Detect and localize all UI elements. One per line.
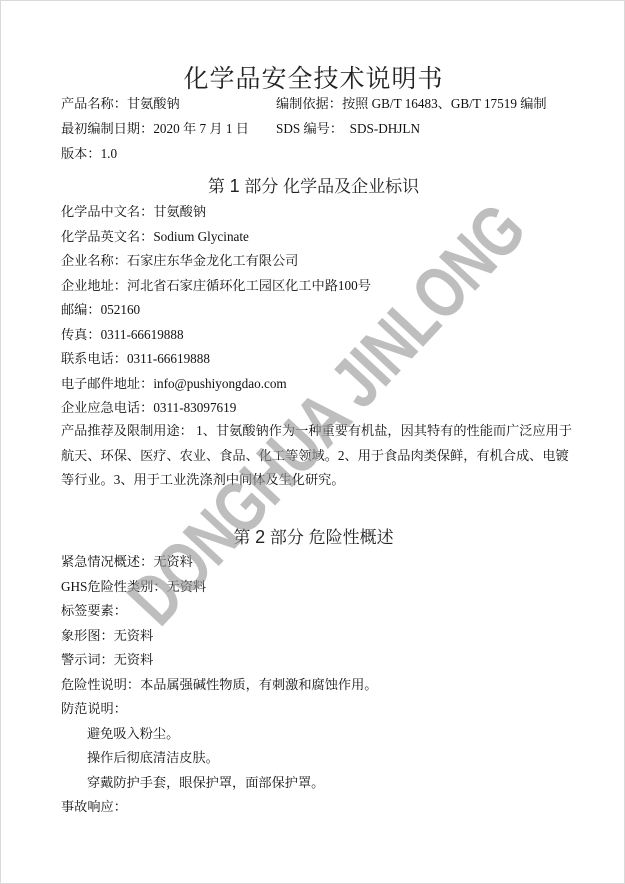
product-name-row: 产品名称：甘氨酸钠	[61, 96, 180, 112]
field-label: 企业名称：	[61, 253, 127, 268]
date-value: 2020 年 7 月 1 日	[153, 121, 249, 136]
field-value: 本品属强碱性物质，有刺激和腐蚀作用。	[140, 677, 377, 692]
field-label: 化学品英文名：	[61, 229, 153, 244]
version-row: 版本：1.0	[61, 146, 117, 162]
field-row: 标签要素：	[61, 603, 127, 619]
field-value: 0311-66619888	[101, 327, 184, 342]
response-label: 事故响应：	[61, 799, 127, 815]
field-row: 企业应急电话：0311-83097619	[61, 400, 236, 416]
field-value: info@pushiyongdao.com	[153, 376, 286, 391]
field-value: Sodium Glycinate	[153, 229, 249, 244]
field-row: GHS危险性类别：无资料	[61, 579, 206, 595]
field-value: 0311-66619888	[127, 351, 210, 366]
basis-value: 按照 GB/T 16483、GB/T 17519 编制	[342, 96, 547, 111]
section-2-number: 2	[255, 527, 265, 547]
document-title: 化学品安全技术说明书	[1, 59, 625, 95]
field-label: 危险性说明：	[61, 677, 140, 692]
section-1-heading: 第 1 部分 化学品及企业标识	[1, 172, 625, 197]
section-2-heading: 第 2 部分 危险性概述	[1, 523, 625, 548]
field-label: 标签要素：	[61, 603, 127, 618]
field-value: 无资料	[114, 628, 154, 643]
section-1-title: 部分 化学品及企业标识	[244, 177, 419, 196]
basis-label: 编制依据：	[276, 96, 342, 111]
date-label: 最初编制日期：	[61, 121, 153, 136]
field-label: 邮编：	[61, 302, 101, 317]
field-value: 甘氨酸钠	[153, 204, 206, 219]
basis-row: 编制依据：按照 GB/T 16483、GB/T 17519 编制	[276, 96, 547, 112]
field-value: 河北省石家庄循环化工园区化工中路100号	[127, 278, 371, 293]
field-label: 企业地址：	[61, 278, 127, 293]
sds-value: SDS-DHJLN	[350, 121, 420, 136]
usage-paragraph: 产品推荐及限制用途： 1、甘氨酸钠作为一种重要有机盐，因其特有的性能而广泛应用于…	[61, 419, 581, 493]
field-value: 石家庄东华金龙化工有限公司	[127, 253, 298, 268]
field-label: 防范说明：	[61, 701, 127, 716]
field-label: 警示词：	[61, 652, 114, 667]
field-value: 无资料	[114, 652, 154, 667]
version-label: 版本：	[61, 146, 101, 161]
field-row: 联系电话：0311-66619888	[61, 351, 210, 367]
field-label: 化学品中文名：	[61, 204, 153, 219]
field-row: 化学品中文名：甘氨酸钠	[61, 204, 206, 220]
field-row: 邮编：052160	[61, 302, 140, 318]
precaution-item: 操作后彻底清洁皮肤。	[87, 750, 219, 766]
field-value: 0311-83097619	[153, 400, 236, 415]
field-value: 052160	[101, 302, 141, 317]
field-row: 传真：0311-66619888	[61, 327, 184, 343]
field-row: 电子邮件地址：info@pushiyongdao.com	[61, 376, 287, 392]
product-name-label: 产品名称：	[61, 96, 127, 111]
field-row: 企业名称：石家庄东华金龙化工有限公司	[61, 253, 298, 269]
field-label: 紧急情况概述：	[61, 554, 153, 569]
field-label: 象形图：	[61, 628, 114, 643]
precaution-item: 避免吸入粉尘。	[87, 726, 179, 742]
field-label: 企业应急电话：	[61, 400, 153, 415]
field-value: 无资料	[167, 579, 207, 594]
field-row: 象形图：无资料	[61, 628, 153, 644]
field-row: 防范说明：	[61, 701, 127, 717]
field-label: 电子邮件地址：	[61, 376, 153, 391]
field-row: 化学品英文名：Sodium Glycinate	[61, 229, 249, 245]
field-row: 紧急情况概述：无资料	[61, 554, 193, 570]
section-1-prefix: 第	[208, 177, 225, 196]
field-label: 传真：	[61, 327, 101, 342]
product-name-value: 甘氨酸钠	[127, 96, 180, 111]
version-value: 1.0	[101, 146, 117, 161]
document-page: 化学品安全技术说明书 产品名称：甘氨酸钠 编制依据：按照 GB/T 16483、…	[0, 0, 625, 884]
section-2-title: 部分 危险性概述	[270, 528, 394, 547]
precaution-item: 穿戴防护手套，眼保护罩，面部保护罩。	[87, 775, 324, 791]
sds-label: SDS 编号：	[276, 121, 343, 136]
field-value: 无资料	[153, 554, 193, 569]
usage-label: 产品推荐及限制用途：	[61, 423, 193, 438]
date-row: 最初编制日期：2020 年 7 月 1 日	[61, 121, 249, 137]
section-2-prefix: 第	[233, 528, 250, 547]
field-row: 企业地址：河北省石家庄循环化工园区化工中路100号	[61, 278, 371, 294]
section-1-number: 1	[230, 176, 240, 196]
field-label: GHS危险性类别：	[61, 579, 167, 594]
field-row: 危险性说明：本品属强碱性物质，有刺激和腐蚀作用。	[61, 677, 378, 693]
sds-row: SDS 编号： SDS-DHJLN	[276, 121, 420, 137]
field-row: 警示词：无资料	[61, 652, 153, 668]
field-label: 联系电话：	[61, 351, 127, 366]
